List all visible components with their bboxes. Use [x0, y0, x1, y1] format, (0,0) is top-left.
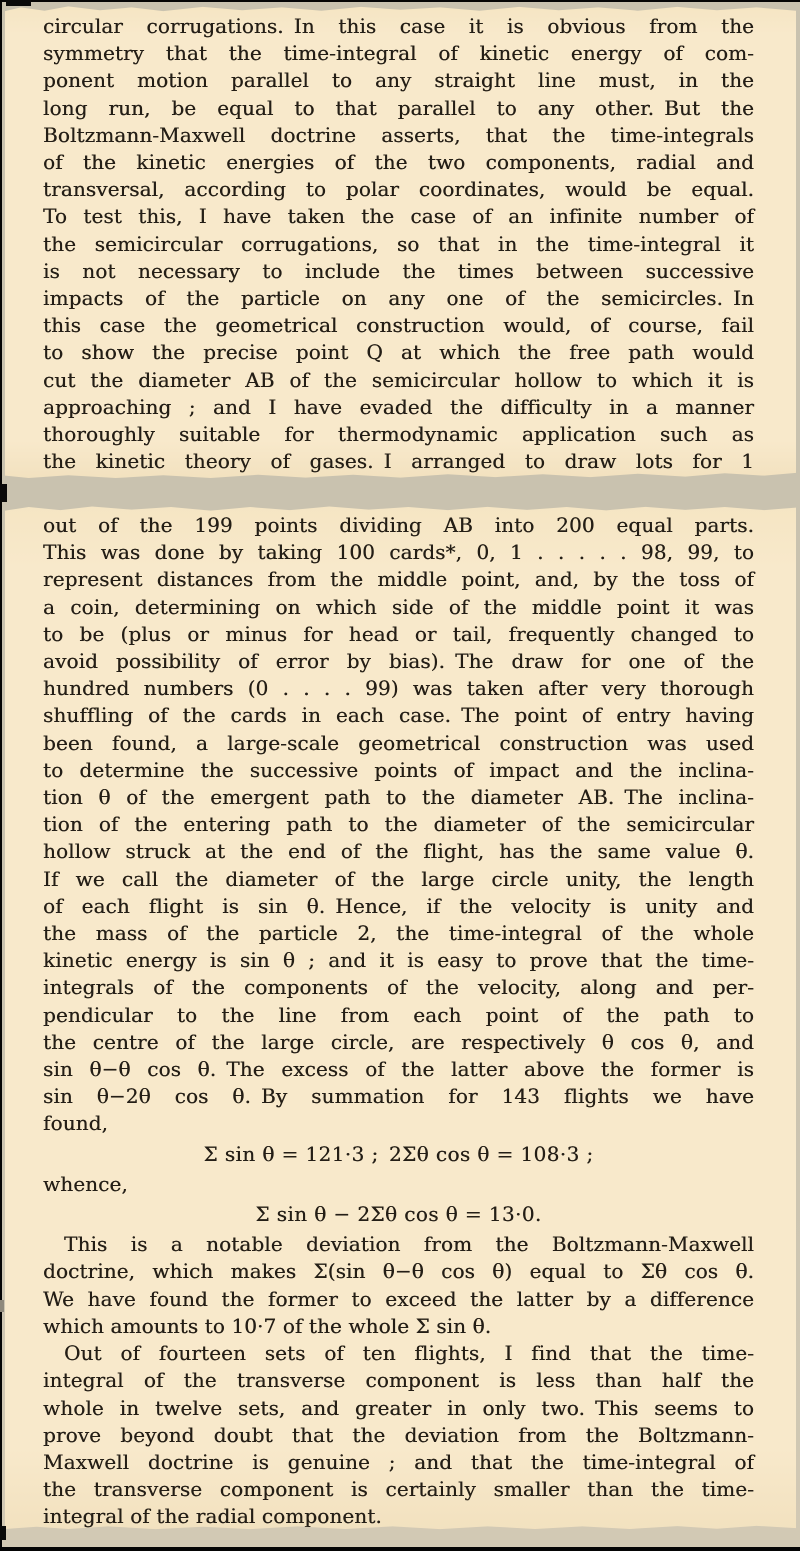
text-line: approaching ; and I have evaded the diff… [43, 394, 754, 421]
text-line: If we call the diameter of the large cir… [43, 866, 754, 893]
text-line: integral of the radial component. [43, 1503, 754, 1530]
paragraph-deviation: This is a notable deviation from the Bol… [43, 1231, 754, 1340]
scan-artifact [0, 1300, 4, 1312]
paragraph-continuation: circular corrugations. In this case it i… [43, 13, 754, 475]
text-line: tion θ of the emergent path to the diame… [43, 784, 754, 811]
scanned-document: circular corrugations. In this case it i… [0, 0, 800, 1551]
text-line: of the kinetic energies of the two compo… [43, 149, 754, 176]
text-line: tion of the entering path to the diamete… [43, 811, 754, 838]
text-line: circular corrugations. In this case it i… [43, 13, 754, 40]
text-line-whence: whence, [43, 1171, 754, 1198]
text-line: integrals of the components of the veloc… [43, 974, 754, 1001]
text-line: this case the geometrical construction w… [43, 312, 754, 339]
text-line: the mass of the particle 2, the time-int… [43, 920, 754, 947]
text-line: sin θ−θ cos θ. The excess of the latter … [43, 1056, 754, 1083]
text-line: prove beyond doubt that the deviation fr… [43, 1422, 754, 1449]
text-line: hollow struck at the end of the flight, … [43, 838, 754, 865]
text-line: a coin, determining on which side of the… [43, 594, 754, 621]
page-fragment-top: circular corrugations. In this case it i… [5, 5, 796, 479]
scan-artifact [0, 484, 7, 502]
text-line: transversal, according to polar coordina… [43, 176, 754, 203]
text-line: sin θ−2θ cos θ. By summation for 143 fli… [43, 1083, 754, 1110]
scan-artifact [0, 1526, 6, 1540]
text-column-bottom: out of the 199 points dividing AB into 2… [5, 505, 796, 1531]
text-line: is not necessary to include the times be… [43, 258, 754, 285]
text-line: To test this, I have taken the case of a… [43, 203, 754, 230]
text-line: to determine the successive points of im… [43, 757, 754, 784]
paragraph-conclusion: Out of fourteen sets of ten flights, I f… [43, 1340, 754, 1530]
text-line: This was done by taking 100 cards*, 0, 1… [43, 539, 754, 566]
text-line: symmetry that the time-integral of kinet… [43, 40, 754, 67]
text-line: hundred numbers (0 . . . . 99) was taken… [43, 675, 754, 702]
text-line: the semicircular corrugations, so that i… [43, 231, 754, 258]
text-line: doctrine, which makes Σ(sin θ−θ cos θ) e… [43, 1258, 754, 1285]
text-line: avoid possibility of error by bias). The… [43, 648, 754, 675]
page-fragment-bottom: out of the 199 points dividing AB into 2… [5, 505, 796, 1531]
text-line: thoroughly suitable for thermodynamic ap… [43, 421, 754, 448]
text-line: We have found the former to exceed the l… [43, 1286, 754, 1313]
text-line: whole in twelve sets, and greater in onl… [43, 1395, 754, 1422]
text-line: the kinetic theory of gases. I arranged … [43, 448, 754, 475]
text-line: which amounts to 10·7 of the whole Σ sin… [43, 1313, 754, 1340]
text-line: the centre of the large circle, are resp… [43, 1029, 754, 1056]
text-line: pendicular to the line from each point o… [43, 1002, 754, 1029]
text-line: the transverse component is certainly sm… [43, 1476, 754, 1503]
text-line: shuffling of the cards in each case. The… [43, 702, 754, 729]
text-line: Out of fourteen sets of ten flights, I f… [43, 1340, 754, 1367]
text-line: integral of the transverse component is … [43, 1367, 754, 1394]
text-line: out of the 199 points dividing AB into 2… [43, 512, 754, 539]
text-line: represent distances from the middle poin… [43, 566, 754, 593]
text-line: of each flight is sin θ. Hence, if the v… [43, 893, 754, 920]
equation-result: Σ sin θ − 2Σθ cos θ = 13·0. [43, 1198, 754, 1231]
text-line: Maxwell doctrine is genuine ; and that t… [43, 1449, 754, 1476]
text-line: This is a notable deviation from the Bol… [43, 1231, 754, 1258]
text-line-found: found, [43, 1110, 754, 1137]
text-line: ponent motion parallel to any straight l… [43, 67, 754, 94]
text-line: cut the diameter AB of the semicircular … [43, 367, 754, 394]
text-column-top: circular corrugations. In this case it i… [5, 5, 796, 475]
text-line: to be (plus or minus for head or tail, f… [43, 621, 754, 648]
text-line: been found, a large-scale geometrical co… [43, 730, 754, 757]
paragraph-cards-method: out of the 199 points dividing AB into 2… [43, 512, 754, 1110]
scan-artifact [6, 0, 31, 6]
text-line: to show the precise point Q at which the… [43, 339, 754, 366]
text-line: impacts of the particle on any one of th… [43, 285, 754, 312]
text-line: long run, be equal to that parallel to a… [43, 95, 754, 122]
text-line: kinetic energy is sin θ ; and it is easy… [43, 947, 754, 974]
text-line: Boltzmann-Maxwell doctrine asserts, that… [43, 122, 754, 149]
equation-sums: Σ sin θ = 121·3 ; 2Σθ cos θ = 108·3 ; [43, 1138, 754, 1171]
